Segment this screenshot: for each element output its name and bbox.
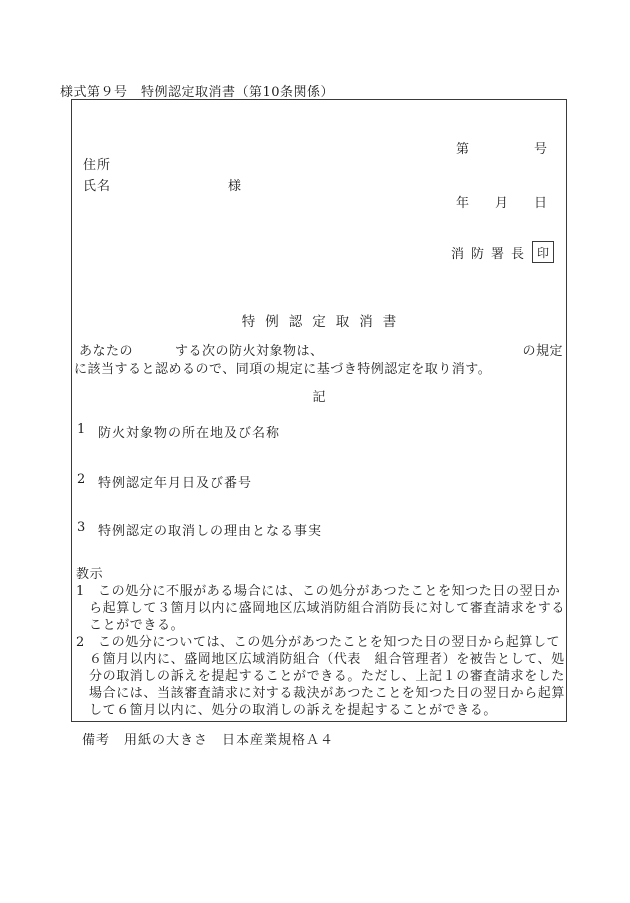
doc-number-date-block: 第 号 年 月 日 [456, 105, 547, 249]
name-row: 氏名 様 [83, 176, 242, 197]
form-style-number: 様式第９号 特例認定取消書（第10条関係） [60, 81, 334, 100]
item-text: 防火対象物の所在地及び名称 [98, 422, 280, 441]
remarks-note: 備考 用紙の大きさ 日本産業規格Ａ４ [82, 729, 334, 748]
ki-mark: 記 [72, 386, 566, 405]
item-number: 1 [77, 422, 98, 441]
document-frame: 第 号 年 月 日 住所 氏名 様 消防署長 印 特例認定取消書 あなたの する… [71, 99, 567, 722]
address-label: 住所 [83, 155, 242, 176]
list-item-3: 3 特例認定の取消しの理由となる事実 [77, 520, 562, 539]
kyoji-line: 1 この処分に不服がある場合には、この処分があつたことを知つた日の翌日か [76, 583, 561, 600]
body-intro: あなたの [74, 343, 133, 361]
body-line-2: に該当すると認めるので、同項の規定に基づき特例認定を取り消す。 [74, 361, 563, 379]
item-number: 2 [77, 472, 98, 491]
seal-label: 印 [537, 244, 549, 261]
document-title: 特例認定取消書 [72, 310, 566, 330]
kyoji-item-1: 1 この処分に不服がある場合には、この処分があつたことを知つた日の翌日か ら起算… [76, 583, 561, 634]
kyoji-line: ことができる。 [76, 617, 561, 634]
list-item-1: 1 防火対象物の所在地及び名称 [77, 422, 562, 441]
body-object: する次の防火対象物は、 [175, 343, 324, 361]
kyoji-line: ら起算して３箇月以内に盛岡地区広域消防組合消防長に対して審査請求をする [76, 600, 561, 617]
kyoji-line: 2 この処分については、この処分があつたことを知つた日の翌日から起算して [76, 634, 561, 651]
kyoji-item-number: 2 [76, 634, 98, 651]
kyoji-line-text: この処分に不服がある場合には、この処分があつたことを知つた日の翌日か [98, 583, 560, 600]
kyoji-line-text: この処分については、この処分があつたことを知つた日の翌日から起算して [98, 634, 560, 651]
kyoji-line: 分の取消しの訴えを提起することができる。ただし、上記１の審査請求をした [76, 668, 561, 685]
name-label: 氏名 [83, 176, 111, 197]
body-line-1: あなたの する次の防火対象物は、 の規定 [74, 343, 563, 361]
honorific-label: 様 [228, 176, 242, 197]
kyoji-section: 教示 1 この処分に不服がある場合には、この処分があつたことを知つた日の翌日か … [76, 566, 561, 719]
seal-mark: 印 [532, 241, 554, 263]
kyoji-item-number: 1 [76, 583, 98, 600]
list-item-2: 2 特例認定年月日及び番号 [77, 472, 562, 491]
body-provision: の規定 [522, 343, 563, 361]
signer-title: 消防署長 [451, 243, 531, 262]
item-text: 特例認定の取消しの理由となる事実 [98, 520, 322, 539]
kyoji-line: 場合には、当該審査請求に対する裁決があつたことを知つた日の翌日から起算 [76, 685, 561, 702]
doc-number-line: 第 号 [456, 141, 547, 159]
kyoji-heading: 教示 [76, 566, 561, 583]
kyoji-item-2: 2 この処分については、この処分があつたことを知つた日の翌日から起算して ６箇月… [76, 634, 561, 719]
item-text: 特例認定年月日及び番号 [98, 472, 252, 491]
item-number: 3 [77, 520, 98, 539]
body-paragraph: あなたの する次の防火対象物は、 の規定 に該当すると認めるので、同項の規定に基… [74, 343, 563, 379]
kyoji-line: ６箇月以内に、盛岡地区広域消防組合（代表 組合管理者）を被告として、処 [76, 651, 561, 668]
doc-date-line: 年 月 日 [456, 195, 547, 213]
document-page: 様式第９号 特例認定取消書（第10条関係） 第 号 年 月 日 住所 氏名 様 … [0, 0, 630, 903]
signature-row: 消防署長 印 [451, 241, 554, 263]
kyoji-line: して６箇月以内に、処分の取消しの訴えを提起することができる。 [76, 702, 561, 719]
addressee-block: 住所 氏名 様 [83, 155, 242, 197]
